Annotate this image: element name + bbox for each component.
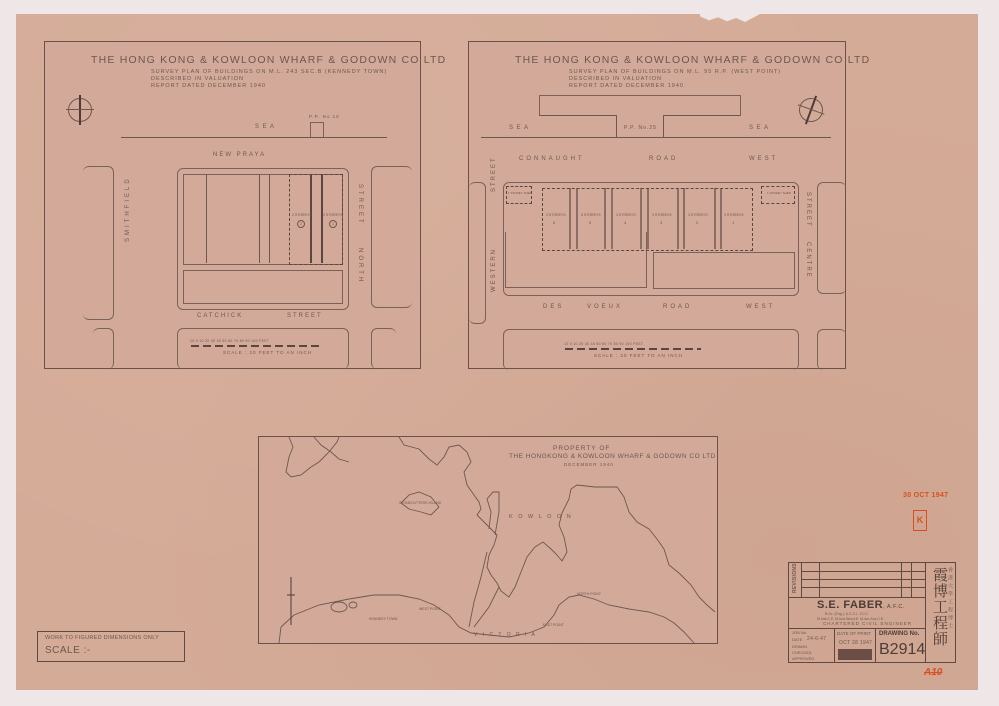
revisions-col-2 (819, 563, 820, 597)
pier-outline (310, 122, 324, 138)
sea-wall-line (481, 137, 831, 138)
lower-lot-outline (183, 270, 343, 304)
street-connaught-west: WEST (749, 156, 778, 162)
building-2-number: 2 (297, 220, 305, 228)
scale-bar (565, 348, 701, 350)
pier-edge-left (539, 115, 616, 116)
engineer-profession: CHARTERED CIVIL ENGINEER (823, 621, 912, 626)
west-block (469, 182, 486, 324)
red-revision-mark: A10 (924, 667, 942, 678)
godown-5-label: 3 STOREYS (581, 213, 601, 217)
revisions-table: REVISIONS (789, 563, 926, 598)
pier-edge-right (663, 115, 740, 116)
sea-label: S E A (255, 124, 275, 130)
map-label-kowloon: K O W L O O N (509, 514, 573, 520)
pier-stem-left (616, 115, 617, 137)
annex-shed-east-label: 1 STOREY SHED (767, 191, 791, 195)
right-panel-title: THE HONG KONG & KOWLOON WHARF & GODOWN C… (515, 54, 870, 66)
building-party-wall-1 (310, 174, 312, 263)
godown-1-label: 3 STOREYS (724, 213, 744, 217)
drawing-no-label: DRAWING No. (879, 631, 919, 637)
street-centre-2: CENTRE (805, 242, 811, 279)
date-received-stamp: 30 OCT 1947 (903, 492, 948, 499)
scale-text: SCALE : 20 FEET TO AN INCH (223, 350, 312, 355)
engineer-suffix: , A.F.C. (883, 604, 905, 610)
seal-glyph: K (917, 515, 924, 525)
scale-bar-ticks: 10 0 10 20 30 40 50 60 70 80 90 100 FEET (564, 342, 643, 346)
notes-box: WORK TO FIGURED DIMENSIONS ONLY SCALE :- (37, 631, 185, 662)
title-block: REVISIONS S.E. FABER, A.F.C. B.Sc. (Eng.… (788, 562, 956, 663)
annex-shed-east (761, 186, 795, 204)
street-western-2: WESTERN (491, 248, 497, 292)
left-panel-subtitle-1: SURVEY PLAN OF BUILDINGS ON M.L. 243 SEC… (151, 69, 387, 75)
right-panel-subtitle-2: DESCRIBED IN VALUATION (569, 76, 662, 82)
revisions-row-1 (801, 571, 925, 572)
street-new-praya: NEW PRAYA (213, 152, 266, 158)
building-party-wall-2 (321, 174, 323, 263)
godown-2-label: 3 STOREYS (688, 213, 708, 217)
seal-stamp: K (913, 510, 927, 531)
map-label-kennedy-town: KENNEDY TOWN (369, 617, 397, 621)
chinese-side-text-1: 香港大學工程博士 (947, 567, 954, 631)
print-stamp-block (838, 649, 872, 660)
godown-3-number: 3 (660, 220, 662, 225)
checked-label: CHECKED (792, 650, 812, 655)
right-lower-block-east (371, 328, 396, 369)
north-arrow-icon (68, 98, 92, 122)
lot-divider-2 (259, 174, 260, 263)
godown-5-number: 5 (589, 220, 591, 225)
revisions-col-3 (901, 563, 902, 597)
notes-scale: SCALE :- (45, 645, 91, 656)
godown-1-number: 1 (732, 220, 734, 225)
godown-6-number: 6 (553, 220, 555, 225)
left-city-block-west (83, 166, 114, 320)
lot-divider-3 (269, 174, 270, 263)
map-label-east-point: EAST POINT (543, 623, 564, 627)
map-label-victoria: V I C T O R I A (474, 632, 537, 638)
coastline-map (259, 437, 717, 643)
annex-shed-west-label: 1 STOREY SHED (508, 191, 532, 195)
drawn-label: DRAWN (792, 644, 807, 649)
annex-shed-west (506, 186, 532, 204)
map-title-3: DECEMBER 1940 (564, 462, 614, 467)
engineer-name: S.E. FABER, A.F.C. (817, 599, 905, 611)
street-western-1: STREET (491, 156, 497, 192)
scale-bar-ticks: 10 0 10 20 30 40 50 60 70 80 90 100 FEET (190, 339, 269, 343)
location-map-panel: PROPERTY OF THE HONGKONG & KOWLOON WHARF… (258, 436, 718, 644)
left-panel-subtitle-3: REPORT DATED DECEMBER 1940 (151, 83, 266, 89)
sea-label-right: S E A (749, 125, 769, 131)
street-catchick: CATCHICK (197, 313, 243, 319)
pier-label: P.P. No.10 (309, 114, 340, 119)
revisions-col-divider (801, 563, 802, 597)
lower-city-block (177, 328, 349, 369)
pier-outline-top (539, 95, 741, 116)
street-des-voeux-west: WEST (746, 304, 775, 310)
street-connaught-road: ROAD (649, 156, 678, 162)
lot-divider-1 (206, 174, 207, 263)
revisions-label: REVISIONS (792, 563, 798, 593)
right-panel-subtitle-3: REPORT DATED DECEMBER 1940 (569, 83, 684, 89)
revisions-row-2 (801, 579, 925, 580)
lower-east-block (817, 329, 846, 370)
sea-label-left: S E A (509, 125, 529, 131)
street-catchick-street: STREET (287, 313, 323, 319)
street-smithfield: SMITHFIELD (125, 176, 131, 242)
building-1-label: 2 STOREYS (323, 213, 343, 217)
left-panel-subtitle-2: DESCRIBED IN VALUATION (151, 76, 244, 82)
notes-dimensions: WORK TO FIGURED DIMENSIONS ONLY (45, 635, 159, 641)
left-panel-title: THE HONG KONG & KOWLOON WHARF & GODOWN C… (91, 54, 446, 66)
map-label-west-point: WEST POINT (419, 607, 441, 611)
title-block-col-1 (834, 628, 835, 662)
right-city-block-east (371, 166, 412, 308)
street-des-voeux-road: ROAD (663, 304, 692, 310)
map-label-north-point: NORTH POINT (577, 592, 601, 596)
map-title-1: PROPERTY OF (553, 445, 610, 452)
street-connaught: CONNAUGHT (519, 156, 585, 162)
right-panel-subtitle-1: SURVEY PLAN OF BUILDINGS ON M.L. 95 R.P.… (569, 69, 781, 75)
godown-4-number: 4 (624, 220, 626, 225)
godown-party-walls (542, 188, 752, 250)
left-lower-block-west (93, 328, 114, 369)
street-voeux: VOEUX (587, 304, 623, 310)
pier-label: P.P. No.25 (624, 125, 657, 131)
building-2-label: 2 STOREYS (292, 213, 312, 217)
date-of-print-value: OCT 28 1947 (839, 640, 872, 646)
title-block-col-2 (875, 628, 876, 662)
godown-6-label: 3 STOREYS (546, 213, 566, 217)
street-des: DES (543, 304, 564, 310)
street-north-street-1: STREET (357, 184, 363, 226)
revisions-row-3 (801, 587, 925, 588)
date-label: DATE (792, 637, 802, 642)
right-site-plan-panel: THE HONG KONG & KOWLOON WHARF & GODOWN C… (468, 41, 846, 369)
pier-stem-right (663, 115, 664, 137)
date-value: 24-6-47 (807, 636, 826, 642)
lower-lot-right (653, 252, 795, 289)
godown-4-label: 3 STOREYS (616, 213, 636, 217)
godown-3-label: 3 STOREYS (652, 213, 672, 217)
engineer-qualifications-1: B.Sc. (Eng.), A.C.G.I., D.I.C. (825, 612, 869, 616)
engineer-name-text: S.E. FABER (817, 599, 883, 611)
street-centre-1: STREET (805, 192, 811, 228)
godown-2-number: 2 (696, 220, 698, 225)
drawing-no-value: B2914 (879, 641, 925, 659)
scale-text: SCALE : 20 FEET TO AN INCH (594, 353, 683, 358)
street-north-street-2: NORTH (357, 248, 363, 284)
building-1-number: 1 (329, 220, 337, 228)
left-site-plan-panel: THE HONG KONG & KOWLOON WHARF & GODOWN C… (44, 41, 421, 369)
east-block (817, 182, 846, 294)
scale-bar (191, 345, 319, 347)
sea-wall-line (121, 137, 387, 138)
date-of-print-label: DATE OF PRINT (837, 631, 871, 636)
revisions-col-4 (911, 563, 912, 597)
job-no-label: JOB No. (792, 630, 807, 635)
map-label-island: STONECUTTERS ISLAND (399, 501, 441, 505)
title-block-divider (789, 628, 925, 629)
approved-label: APPROVED (792, 656, 814, 661)
map-title-2: THE HONGKONG & KOWLOON WHARF & GODOWN CO… (509, 453, 716, 460)
north-arrow-icon (796, 95, 827, 126)
